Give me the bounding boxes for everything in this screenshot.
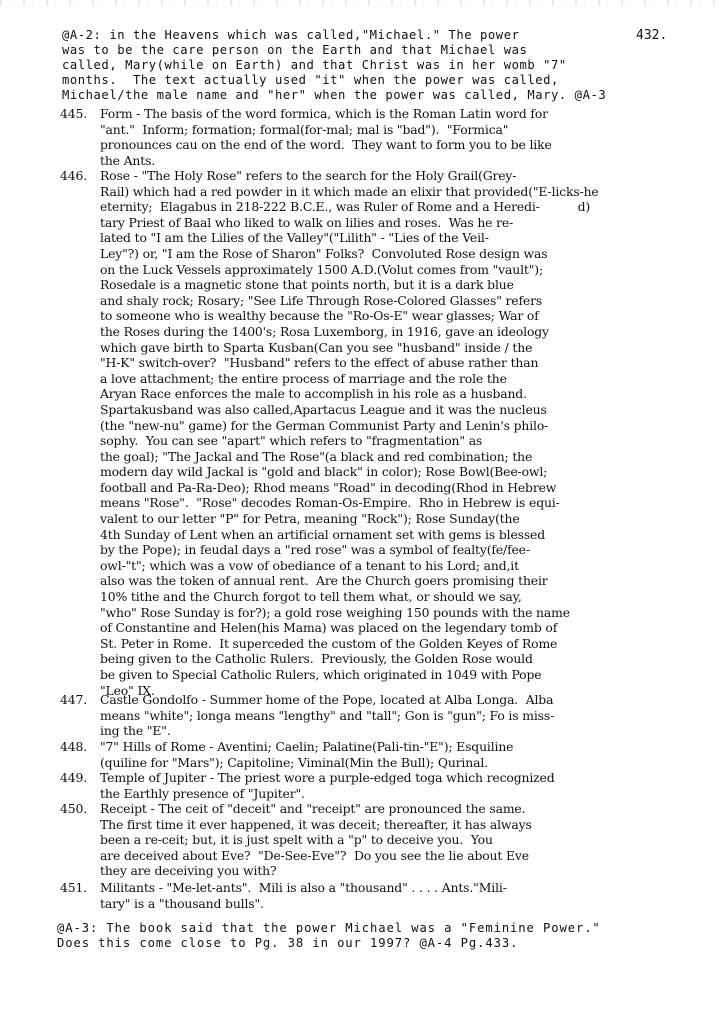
entry-text-line: owl-"t"; which was a vow of obediance of… [100,558,599,574]
entry-number: 450. [60,801,90,817]
header-footnote-continuation: @A-2: in the Heavens which was called,"M… [62,28,606,103]
document-page: 432. @A-2: in the Heavens which was call… [0,0,720,1009]
entry-text-line: Ley"?) or, "I am the Rose of Sharon" Fol… [100,246,599,262]
entry-text-line: Rail) which had a red powder in it which… [100,184,599,200]
entry-text-line: "who" Rose Sunday is for?); a gold rose … [100,605,599,621]
entry-number: 449. [60,770,90,786]
entry-text-line: eternity; Elagabus in 218-222 B.C.E., wa… [100,199,599,215]
entry-text-line: the goal); "The Jackal and The Rose"(a b… [100,449,599,465]
entry-text-line: football and Pa-Ra-Deo); Rhod means "Roa… [100,480,599,496]
header-note-line: was to be the care person on the Earth a… [62,43,606,58]
header-note-line: months. The text actually used "it" when… [62,73,606,88]
entry-text-line: 4th Sunday of Lent when an artificial or… [100,527,599,543]
entry-number: 446. [60,168,90,184]
entry-text-line: "7" Hills of Rome - Aventini; Caelin; Pa… [100,739,513,755]
entry-text-line: (quiline for "Mars"); Capitoline; Vimina… [100,755,513,771]
entry-number: 447. [60,692,90,708]
entry-text-line: the Roses during the 1400's; Rosa Luxemb… [100,324,599,340]
entry-text-line: Castle Gondolfo - Summer home of the Pop… [100,692,554,708]
entry-text-line: St. Peter in Rome. It superceded the cus… [100,636,599,652]
entry-text-line: valent to our letter "P" for Petra, mean… [100,511,599,527]
entry-text-line: Receipt - The ceit of "deceit" and "rece… [100,801,532,817]
footer-footnote: @A-3: The book said that the power Micha… [57,921,601,951]
entry-text-line: Militants - "Me-let-ants". Mili is also … [100,880,507,896]
entry-text-line: Temple of Jupiter - The priest wore a pu… [100,770,554,786]
entry-text-line: by the Pope); in feudal days a "red rose… [100,542,599,558]
entry-text-line: 10% tithe and the Church forgot to tell … [100,589,599,605]
entry-text-line: tary" is a "thousand bulls". [100,896,507,912]
entry-text-line: a love attachment; the entire process of… [100,371,599,387]
entry-text: "7" Hills of Rome - Aventini; Caelin; Pa… [100,739,513,770]
entry-text-line: are deceived about Eve? "De-See-Eve"? Do… [100,848,532,864]
entry-text: Temple of Jupiter - The priest wore a pu… [100,770,554,801]
entry-text-line: tary Priest of Baal who liked to walk on… [100,215,599,231]
entry-number: 445. [60,106,90,122]
entry-text-line: which gave birth to Sparta Kusban(Can yo… [100,340,599,356]
footer-note-line: Does this come close to Pg. 38 in our 19… [57,936,601,951]
scan-noise [0,0,720,6]
entry-text-line: Aryan Race enforces the male to accompli… [100,386,599,402]
entry-text-line: Form - The basis of the word formica, wh… [100,106,552,122]
entry-text-line: "H-K" switch-over? "Husband" refers to t… [100,355,599,371]
entry-text-line: been a re-ceit; but, it is just spelt wi… [100,832,532,848]
header-note-line: @A-2: in the Heavens which was called,"M… [62,28,606,43]
entry-text-line: lated to "I am the Lilies of the Valley"… [100,230,599,246]
entry-text-line: Spartakusband was also called,Apartacus … [100,402,599,418]
entry-text-line: and shaly rock; Rosary; "See Life Throug… [100,293,599,309]
entry-text-line: means "white"; longa means "lengthy" and… [100,708,554,724]
entry-text-line: (the "new-nu" game) for the German Commu… [100,418,599,434]
entry-text-line: of Constantine and Helen(his Mama) was p… [100,620,599,636]
entry-number: 448. [60,739,90,755]
footer-note-line: @A-3: The book said that the power Micha… [57,921,601,936]
entry-text: Castle Gondolfo - Summer home of the Pop… [100,692,554,739]
entry-text: Form - The basis of the word formica, wh… [100,106,552,168]
entry-number: 451. [60,880,90,896]
entry-text: Receipt - The ceit of "deceit" and "rece… [100,801,532,879]
entry-text-line: pronounces cau on the end of the word. T… [100,137,552,153]
entry-text-line: to someone who is wealthy because the "R… [100,308,599,324]
page-number: 432. [636,28,667,43]
entry-text-line: the Earthly presence of "Jupiter". [100,786,554,802]
entry-text-line: ing the "E". [100,723,554,739]
entry-text-line: means "Rose". "Rose" decodes Roman-Os-Em… [100,495,599,511]
entry-text-line: the Ants. [100,153,552,169]
entry-text-line: Rosedale is a magnetic stone that points… [100,277,599,293]
entry-text-line: sophy. You can see "apart" which refers … [100,433,599,449]
header-note-line: Michael/the male name and "her" when the… [62,88,606,103]
entry-text-line: "ant." Inform; formation; formal(for-mal… [100,122,552,138]
entry-text: Militants - "Me-let-ants". Mili is also … [100,880,507,911]
entry-text-line: Rose - "The Holy Rose" refers to the sea… [100,168,599,184]
entry-text-line: also was the token of annual rent. Are t… [100,573,599,589]
entry-text-line: be given to Special Catholic Rulers, whi… [100,667,599,683]
entry-text-line: being given to the Catholic Rulers. Prev… [100,651,599,667]
entry-text-line: The first time it ever happened, it was … [100,817,532,833]
header-note-line: called, Mary(while on Earth) and that Ch… [62,58,606,73]
entry-text-line: on the Luck Vessels approximately 1500 A… [100,262,599,278]
entry-text: Rose - "The Holy Rose" refers to the sea… [100,168,599,698]
entry-text-line: modern day wild Jackal is "gold and blac… [100,464,599,480]
entry-text-line: they are deceiving you with? [100,863,532,879]
